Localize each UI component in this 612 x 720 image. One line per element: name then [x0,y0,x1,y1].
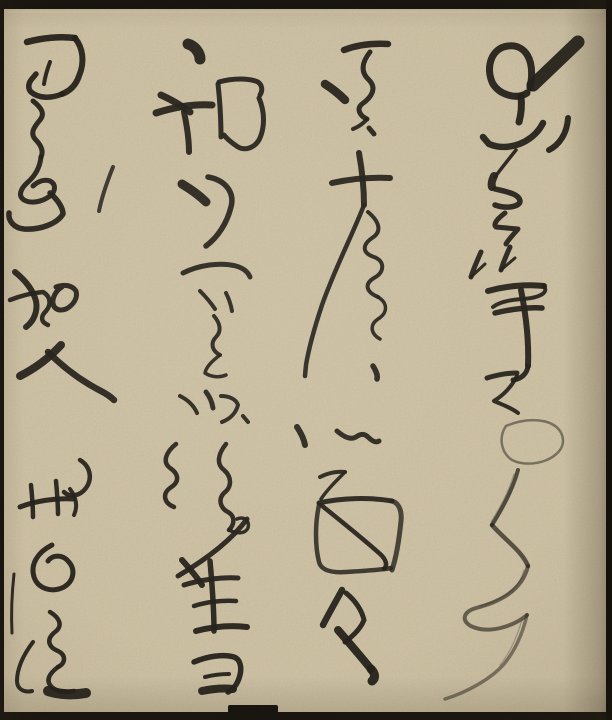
calligraphy-scroll-panel [0,0,612,720]
paper-grain-texture [0,0,612,720]
calligraphy-artwork [0,0,612,720]
